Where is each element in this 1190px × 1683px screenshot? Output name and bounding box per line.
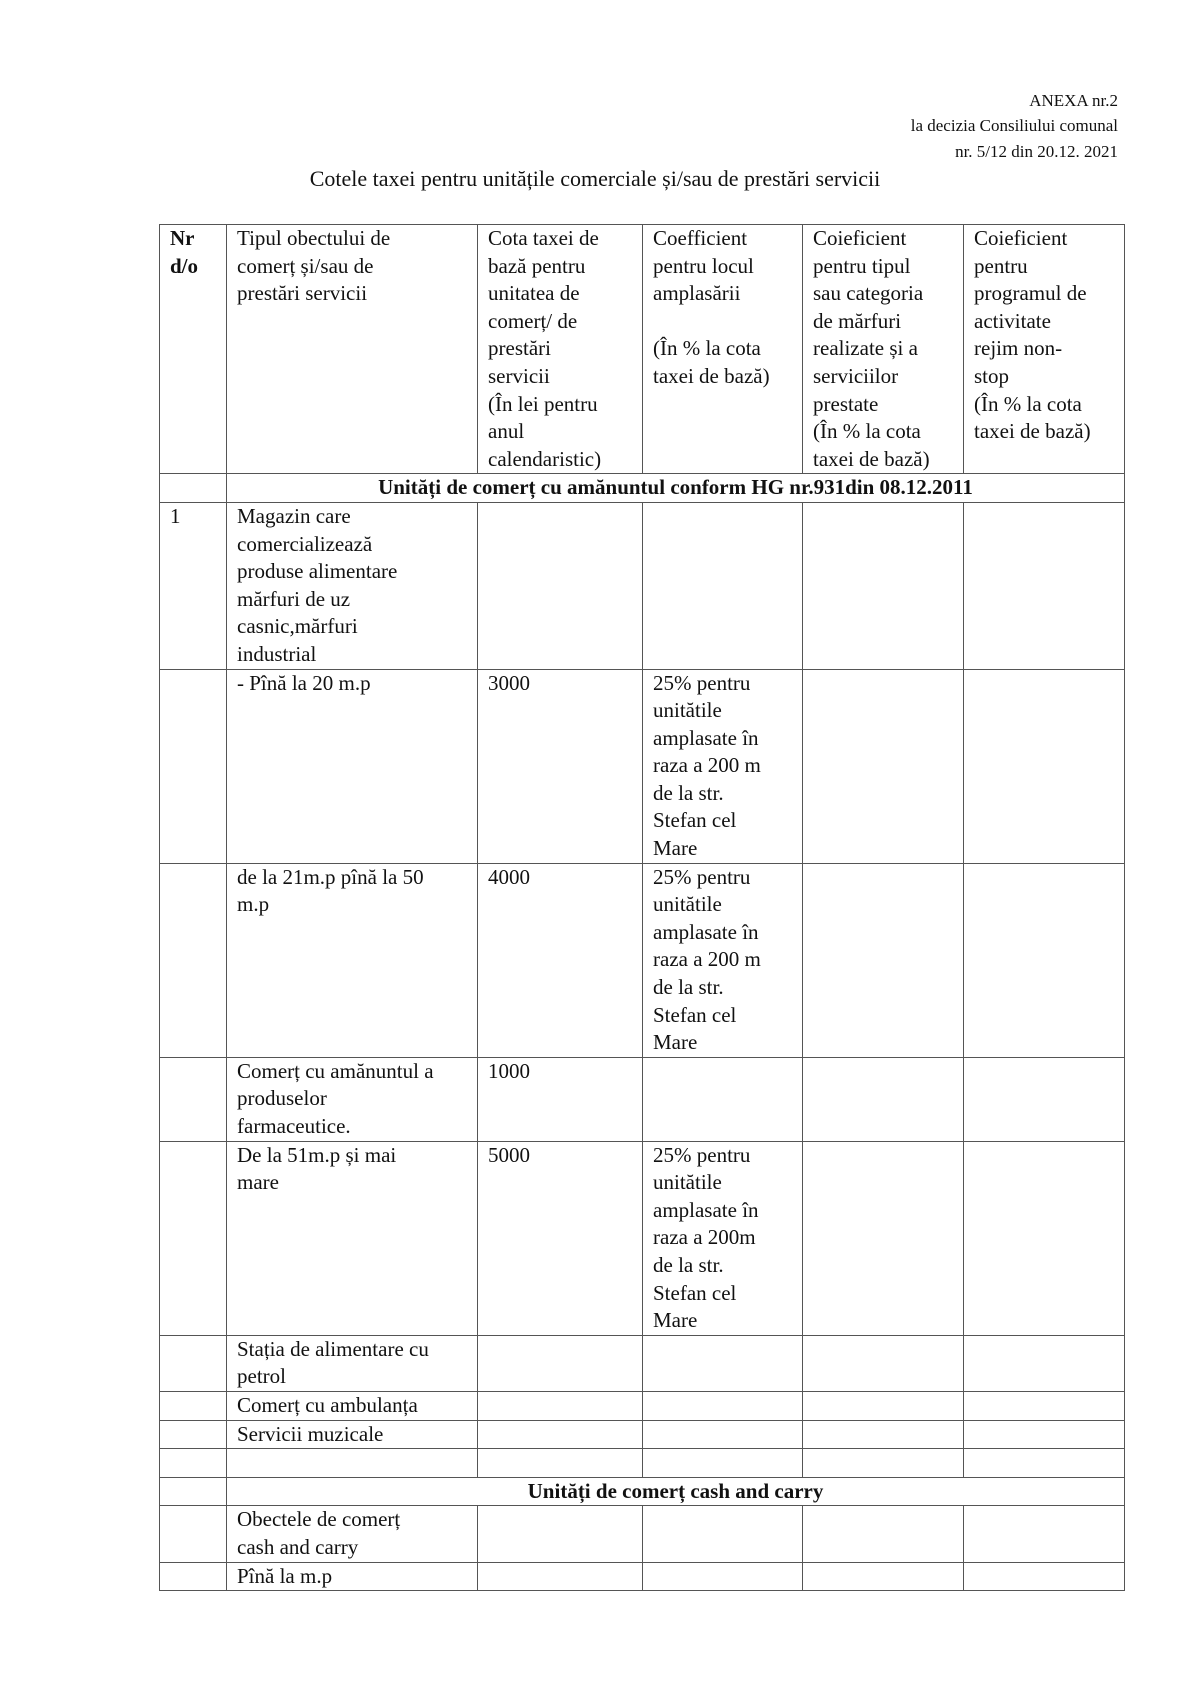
- table-row: Stația de alimentare cu petrol: [160, 1335, 1125, 1391]
- header-type: Tipul obectului de comerț și/sau de pres…: [227, 225, 478, 474]
- table-row: Obectele de comerț cash and carry: [160, 1506, 1125, 1562]
- cell-location-coef: [643, 1562, 803, 1591]
- cell-nr: [160, 1420, 227, 1449]
- cell-nonstop-coef: [964, 1420, 1125, 1449]
- cell-nonstop-coef: [964, 1562, 1125, 1591]
- table-row: - Pînă la 20 m.p300025% pentru unitătile…: [160, 669, 1125, 863]
- cell-category-coef: [803, 1449, 964, 1478]
- decision-label: la decizia Consiliului comunal: [911, 113, 1118, 138]
- cell-type: Comerț cu amănuntul a produselor farmace…: [227, 1057, 478, 1141]
- cell-category-coef: [803, 502, 964, 669]
- cell-nr: [160, 863, 227, 1057]
- cell-base-rate: 5000: [478, 1141, 643, 1335]
- cell-type: de la 21m.p pînă la 50 m.p: [227, 863, 478, 1057]
- cell-location-coef: [643, 1449, 803, 1478]
- cell-base-rate: [478, 1449, 643, 1478]
- section-title: Unități de comerț cash and carry: [227, 1477, 1125, 1506]
- cell-base-rate: 1000: [478, 1057, 643, 1141]
- cell-type: Obectele de comerț cash and carry: [227, 1506, 478, 1562]
- tax-rates-table: Nr d/o Tipul obectului de comerț și/sau …: [159, 224, 1125, 1591]
- cell-nonstop-coef: [964, 863, 1125, 1057]
- cell-category-coef: [803, 863, 964, 1057]
- cell-nonstop-coef: [964, 669, 1125, 863]
- cell-base-rate: 4000: [478, 863, 643, 1057]
- cell-location-coef: [643, 1420, 803, 1449]
- decision-number: nr. 5/12 din 20.12. 2021: [955, 139, 1118, 164]
- cell-nr: [160, 1057, 227, 1141]
- cell-category-coef: [803, 1420, 964, 1449]
- table-row: Comerț cu amănuntul a produselor farmace…: [160, 1057, 1125, 1141]
- header-location-coef: Coefficient pentru locul amplasării (În …: [643, 225, 803, 474]
- cell-nonstop-coef: [964, 1391, 1125, 1420]
- table-row: [160, 1449, 1125, 1478]
- cell-location-coef: 25% pentru unitătile amplasate în raza a…: [643, 1141, 803, 1335]
- cell-location-coef: [643, 502, 803, 669]
- cell-location-coef: [643, 1335, 803, 1391]
- cell-base-rate: [478, 502, 643, 669]
- cell-category-coef: [803, 1562, 964, 1591]
- table-header-row: Nr d/o Tipul obectului de comerț și/sau …: [160, 225, 1125, 474]
- cell-location-coef: [643, 1506, 803, 1562]
- cell-location-coef: [643, 1391, 803, 1420]
- cell-nr: 1: [160, 502, 227, 669]
- table-row: de la 21m.p pînă la 50 m.p400025% pentru…: [160, 863, 1125, 1057]
- cell-nonstop-coef: [964, 1449, 1125, 1478]
- cell-type: Magazin care comercializează produse ali…: [227, 502, 478, 669]
- document-title: Cotele taxei pentru unitățile comerciale…: [0, 166, 1190, 192]
- cell-type: Servicii muzicale: [227, 1420, 478, 1449]
- cell-type: De la 51m.p și mai mare: [227, 1141, 478, 1335]
- cell-category-coef: [803, 1391, 964, 1420]
- cell-nr: [160, 474, 227, 503]
- cell-nr: [160, 1506, 227, 1562]
- cell-nr: [160, 669, 227, 863]
- cell-category-coef: [803, 1057, 964, 1141]
- cell-base-rate: [478, 1335, 643, 1391]
- cell-category-coef: [803, 1335, 964, 1391]
- cell-nonstop-coef: [964, 1506, 1125, 1562]
- cell-type: - Pînă la 20 m.p: [227, 669, 478, 863]
- cell-nr: [160, 1391, 227, 1420]
- header-nonstop-coef: Coieficient pentru programul de activita…: [964, 225, 1125, 474]
- cell-base-rate: [478, 1391, 643, 1420]
- header-base-rate: Cota taxei de bază pentru unitatea de co…: [478, 225, 643, 474]
- cell-nr: [160, 1141, 227, 1335]
- table-row: De la 51m.p și mai mare500025% pentru un…: [160, 1141, 1125, 1335]
- cell-base-rate: [478, 1562, 643, 1591]
- cell-type: Comerț cu ambulanța: [227, 1391, 478, 1420]
- cell-nonstop-coef: [964, 1335, 1125, 1391]
- cell-nonstop-coef: [964, 1141, 1125, 1335]
- table-row: Pînă la m.p: [160, 1562, 1125, 1591]
- cell-category-coef: [803, 669, 964, 863]
- section-row: Unități de comerț cash and carry: [160, 1477, 1125, 1506]
- table-row: Comerț cu ambulanța: [160, 1391, 1125, 1420]
- table-row: Servicii muzicale: [160, 1420, 1125, 1449]
- section-row: Unități de comerț cu amănuntul conform H…: [160, 474, 1125, 503]
- cell-location-coef: 25% pentru unitătile amplasate în raza a…: [643, 863, 803, 1057]
- cell-category-coef: [803, 1506, 964, 1562]
- cell-nonstop-coef: [964, 502, 1125, 669]
- cell-nr: [160, 1562, 227, 1591]
- cell-category-coef: [803, 1141, 964, 1335]
- cell-base-rate: [478, 1420, 643, 1449]
- header-category-coef: Coieficient pentru tipul sau categoria d…: [803, 225, 964, 474]
- cell-location-coef: [643, 1057, 803, 1141]
- cell-nr: [160, 1335, 227, 1391]
- annex-label: ANEXA nr.2: [1029, 88, 1118, 113]
- cell-type: Pînă la m.p: [227, 1562, 478, 1591]
- table-row: 1Magazin care comercializează produse al…: [160, 502, 1125, 669]
- cell-nr: [160, 1449, 227, 1478]
- section-title: Unități de comerț cu amănuntul conform H…: [227, 474, 1125, 503]
- cell-base-rate: [478, 1506, 643, 1562]
- cell-nr: [160, 1477, 227, 1506]
- cell-type: [227, 1449, 478, 1478]
- cell-nonstop-coef: [964, 1057, 1125, 1141]
- header-nr: Nr d/o: [160, 225, 227, 474]
- cell-type: Stația de alimentare cu petrol: [227, 1335, 478, 1391]
- cell-location-coef: 25% pentru unitătile amplasate în raza a…: [643, 669, 803, 863]
- cell-base-rate: 3000: [478, 669, 643, 863]
